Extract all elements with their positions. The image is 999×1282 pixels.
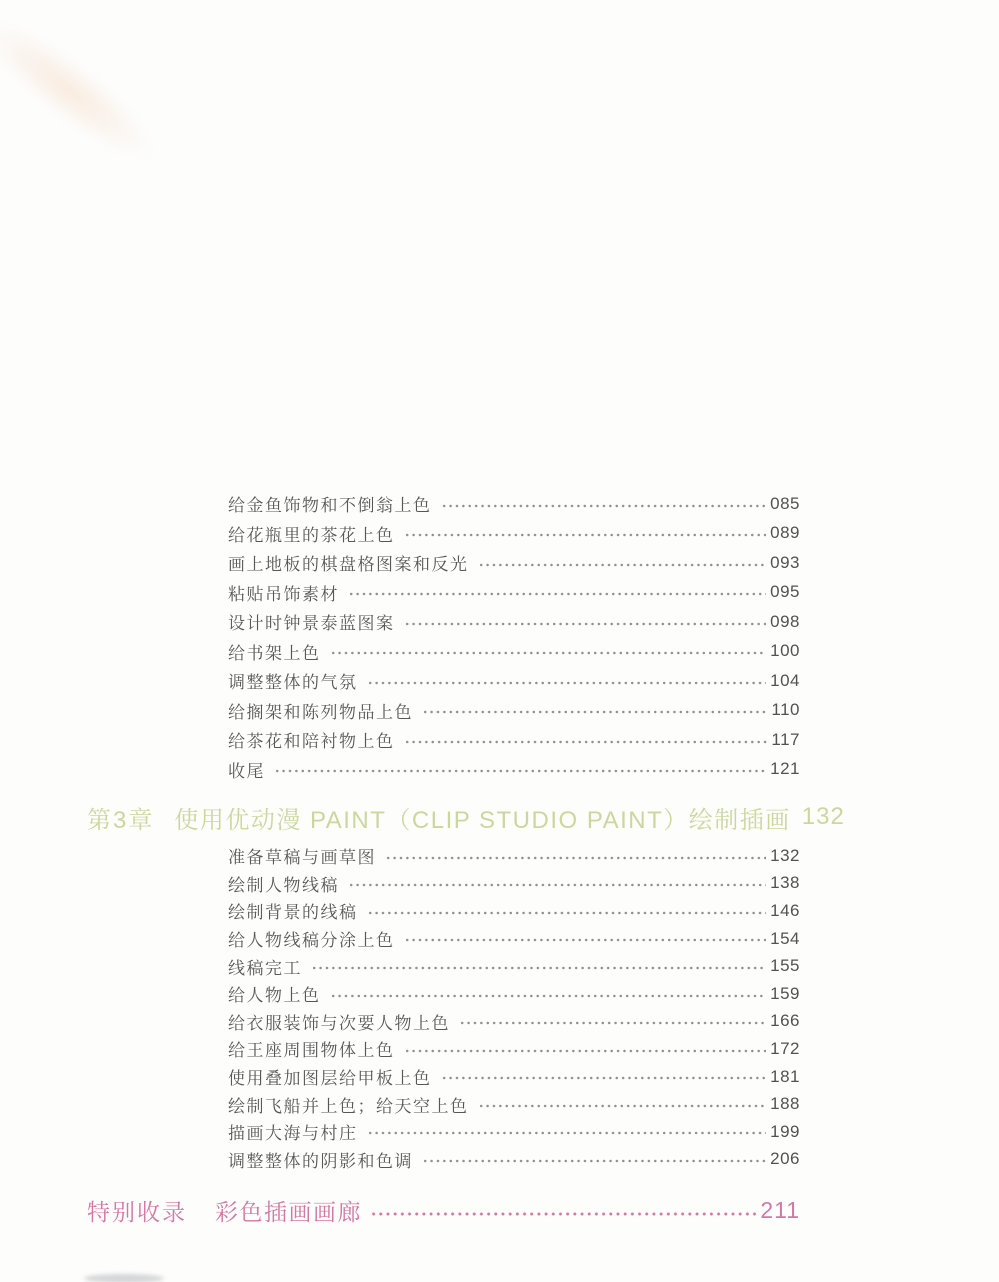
toc-entry: 描画大海与村庄 199 (87, 1118, 800, 1146)
toc-entry-title: 收尾 (228, 757, 265, 782)
toc-entry: 给衣服装饰与次要人物上色 166 (87, 1008, 800, 1036)
toc-leader-dots (348, 578, 766, 608)
toc-entry-page: 199 (770, 1122, 800, 1142)
toc-leader-dots (385, 842, 766, 870)
toc-entry: 线稿完工 155 (87, 952, 800, 980)
toc-entry-page: 085 (770, 494, 800, 514)
toc-entry-page: 098 (770, 612, 800, 632)
toc-list-upper: 给金鱼饰物和不倒翁上色 085 给花瓶里的茶花上色 089 画上地板的棋盘格图案… (87, 489, 800, 784)
toc-leader-dots (404, 607, 767, 637)
toc-entry-page: 089 (770, 523, 800, 543)
toc-entry: 给搁架和陈列物品上色 110 (87, 696, 800, 726)
toc-entry: 准备草稿与画草图 132 (87, 842, 800, 870)
special-heading: 特别收录 彩色插画画廊 211 (87, 1189, 800, 1231)
toc-entry-title: 准备草稿与画草图 (228, 843, 376, 868)
toc-entry: 绘制背景的线稿 146 (87, 897, 800, 925)
toc-leader-dots (348, 870, 766, 898)
toc-leader-dots (274, 755, 766, 785)
toc-entry: 调整整体的气氛 104 (87, 666, 800, 696)
toc-entry-title: 给人物线稿分涂上色 (228, 926, 395, 951)
special-leader-dots (370, 1189, 757, 1231)
toc-leader-dots (404, 1035, 767, 1063)
toc-entry: 给王座周围物体上色 172 (87, 1035, 800, 1063)
toc-leader-dots (422, 696, 767, 726)
toc-entry-page: 166 (770, 1011, 800, 1031)
toc-entry-page: 155 (770, 956, 800, 976)
toc-entry-page: 121 (770, 759, 800, 779)
toc-leader-dots (404, 519, 767, 549)
toc-entry-title: 给搁架和陈列物品上色 (228, 698, 413, 723)
special-page: 211 (760, 1197, 800, 1224)
toc-entry-title: 绘制人物线稿 (228, 871, 339, 896)
toc-entry-title: 给花瓶里的茶花上色 (228, 521, 395, 546)
toc-leader-dots (404, 725, 768, 755)
toc-entry-title: 给茶花和陪衬物上色 (228, 727, 395, 752)
special-title: 彩色插画画廊 (215, 1194, 362, 1227)
book-toc-page: 给金鱼饰物和不倒翁上色 085 给花瓶里的茶花上色 089 画上地板的棋盘格图案… (0, 0, 999, 1282)
toc-entry-page: 146 (770, 901, 800, 921)
toc-entry-title: 绘制飞船并上色；给天空上色 (228, 1092, 469, 1117)
toc-entry-page: 188 (770, 1094, 800, 1114)
toc-entry: 给人物上色 159 (87, 980, 800, 1008)
toc-entry-title: 给人物上色 (228, 981, 321, 1006)
toc-entry-page: 093 (770, 553, 800, 573)
toc-entry-page: 132 (770, 846, 800, 866)
toc-leader-dots (441, 1063, 767, 1091)
toc-leader-dots (330, 980, 767, 1008)
toc-entry-page: 159 (770, 984, 800, 1004)
toc-entry-title: 调整整体的阴影和色调 (228, 1147, 413, 1172)
toc-entry-title: 给衣服装饰与次要人物上色 (228, 1009, 450, 1034)
toc-entry: 调整整体的阴影和色调 206 (87, 1146, 800, 1174)
toc-leader-dots (459, 1008, 766, 1036)
toc-entry-page: 138 (770, 873, 800, 893)
toc-entry-title: 使用叠加图层给甲板上色 (228, 1064, 432, 1089)
special-label: 特别收录 (87, 1194, 187, 1227)
toc-entry: 绘制飞船并上色；给天空上色 188 (87, 1090, 800, 1118)
chapter3-page: 132 (802, 803, 845, 831)
toc-entry-title: 绘制背景的线稿 (228, 898, 358, 923)
toc-entry-page: 172 (770, 1039, 800, 1059)
toc-entry-page: 110 (771, 700, 800, 720)
toc-entry: 画上地板的棋盘格图案和反光 093 (87, 548, 800, 578)
toc-entry-title: 粘贴吊饰素材 (228, 580, 339, 605)
scan-smudge (0, 8, 177, 185)
chapter3-heading: 第3章 使用优动漫 PAINT（CLIP STUDIO PAINT）绘制插画 1… (87, 796, 800, 838)
toc-entry-page: 100 (770, 641, 800, 661)
toc-entry: 给金鱼饰物和不倒翁上色 085 (87, 489, 800, 519)
chapter3-label: 第3章 (87, 800, 154, 835)
toc-entry-title: 给金鱼饰物和不倒翁上色 (228, 491, 432, 516)
toc-leader-dots (478, 548, 767, 578)
toc-leader-dots (311, 952, 766, 980)
toc-entry-page: 181 (770, 1067, 800, 1087)
toc-entry: 粘贴吊饰素材 095 (87, 578, 800, 608)
scan-artifact-bottom (84, 1274, 164, 1282)
toc-leader-dots (367, 1118, 767, 1146)
toc-entry-title: 线稿完工 (228, 954, 302, 979)
toc-leader-dots (330, 637, 767, 667)
toc-entry-title: 设计时钟景泰蓝图案 (228, 609, 395, 634)
toc-entry-page: 104 (770, 671, 800, 691)
toc-leader-dots (404, 925, 767, 953)
toc-entry: 收尾 121 (87, 755, 800, 785)
toc-leader-dots (478, 1090, 767, 1118)
toc-entry: 使用叠加图层给甲板上色 181 (87, 1063, 800, 1091)
toc-entry: 给花瓶里的茶花上色 089 (87, 519, 800, 549)
toc-list-chapter3: 准备草稿与画草图 132 绘制人物线稿 138 绘制背景的线稿 146 给人物线… (87, 842, 800, 1173)
toc-leader-dots (367, 897, 767, 925)
toc-entry-page: 154 (770, 929, 800, 949)
chapter3-title: 使用优动漫 PAINT（CLIP STUDIO PAINT）绘制插画 (174, 800, 790, 835)
toc-entry-page: 206 (770, 1149, 800, 1169)
toc-entry-title: 画上地板的棋盘格图案和反光 (228, 550, 469, 575)
toc-entry: 给书架上色 100 (87, 637, 800, 667)
toc-entry-page: 095 (770, 582, 800, 602)
toc-leader-dots (367, 666, 767, 696)
toc-leader-dots (422, 1146, 766, 1174)
toc-entry-title: 给王座周围物体上色 (228, 1036, 395, 1061)
toc-entry: 绘制人物线稿 138 (87, 870, 800, 898)
toc-entry-title: 描画大海与村庄 (228, 1119, 358, 1144)
toc-entry: 给茶花和陪衬物上色 117 (87, 725, 800, 755)
toc-leader-dots (441, 489, 767, 519)
toc-entry-page: 117 (771, 730, 800, 750)
toc-entry: 给人物线稿分涂上色 154 (87, 925, 800, 953)
toc-entry: 设计时钟景泰蓝图案 098 (87, 607, 800, 637)
toc-entry-title: 调整整体的气氛 (228, 668, 358, 693)
toc-entry-title: 给书架上色 (228, 639, 321, 664)
